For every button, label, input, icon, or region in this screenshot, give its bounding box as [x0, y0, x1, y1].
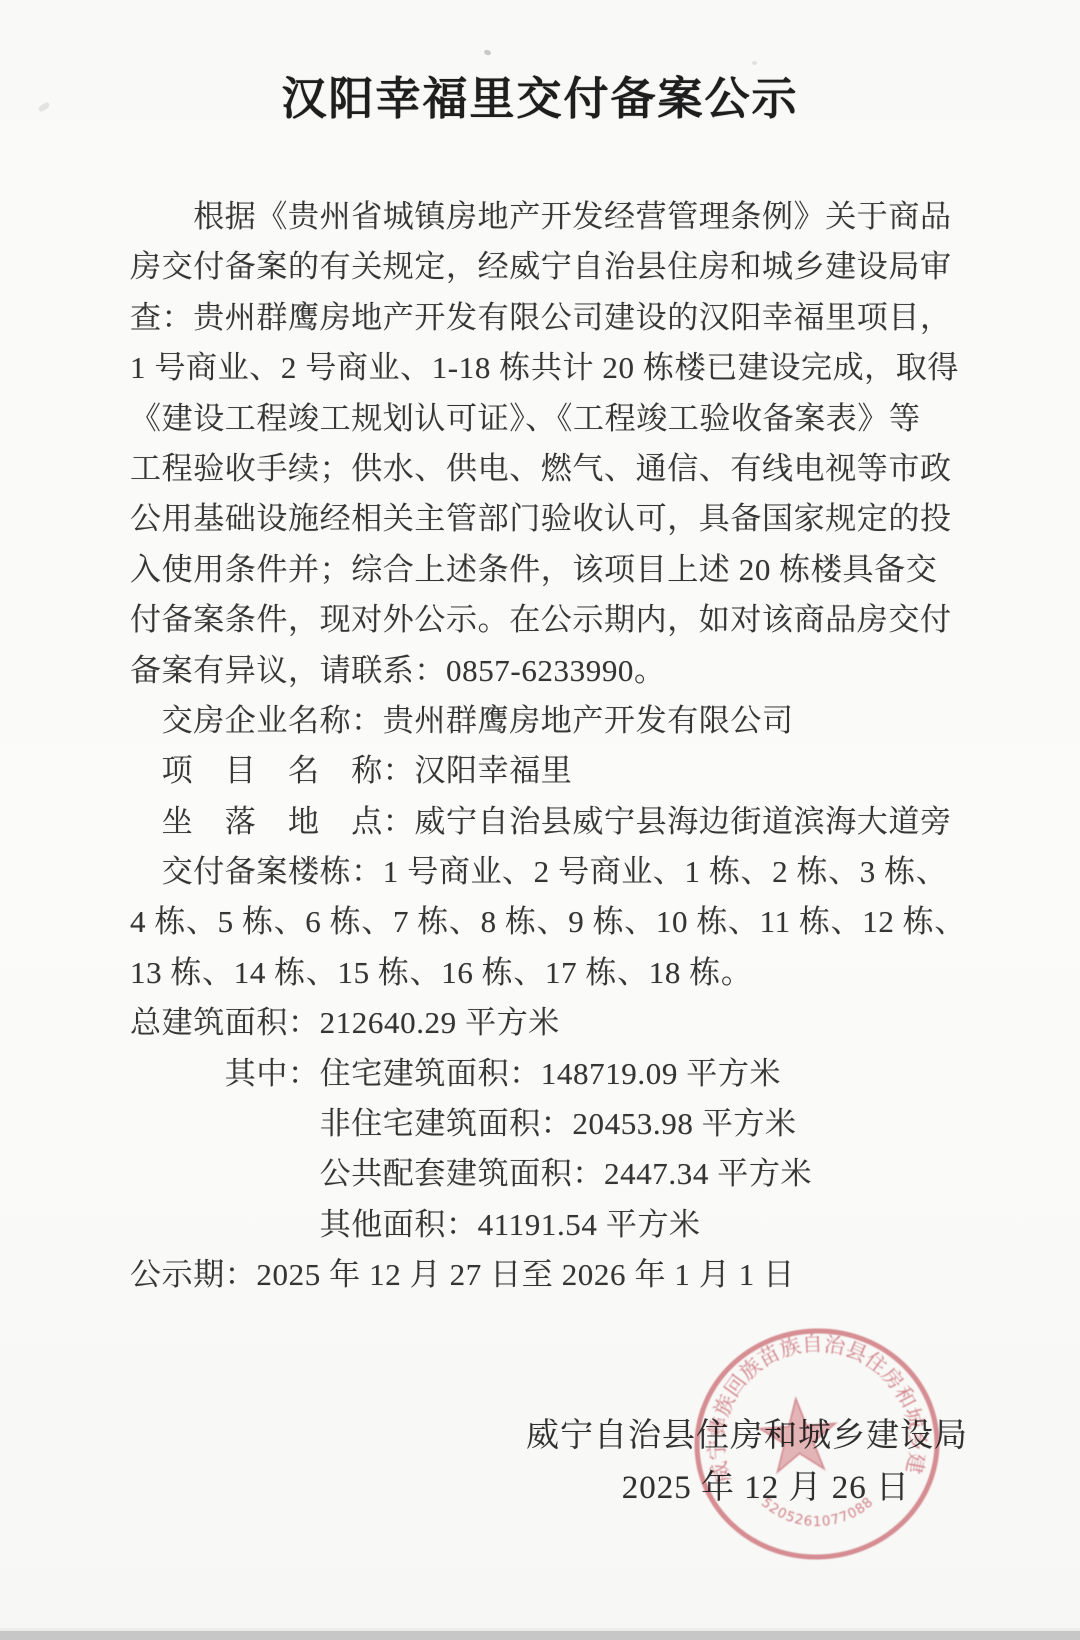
- seal-code: 5205261077088: [757, 1487, 878, 1534]
- body-text-line: 坐 落 地 点：威宁自治县威宁县海边街道滨海大道旁: [130, 797, 960, 847]
- body-text-line: 查：贵州群鹰房地产开发有限公司建设的汉阳幸福里项目，: [130, 293, 960, 343]
- official-red-seal: 威宁彝族回族苗族自治县住房和城乡建设局 5205261077088: [684, 1316, 950, 1573]
- body-text-line: 备案有异议，请联系：0857-6233990。: [130, 646, 960, 696]
- scan-speck-artifact: [483, 49, 491, 56]
- scan-edge-bar: [0, 1631, 1080, 1640]
- body-text-line: 其他面积：41191.54 平方米: [130, 1200, 960, 1250]
- body-text-line: 公用基础设施经相关主管部门验收认可，具备国家规定的投: [130, 494, 960, 544]
- body-text-line: 13 栋、14 栋、15 栋、16 栋、17 栋、18 栋。: [130, 948, 960, 998]
- body-text-line: 1 号商业、2 号商业、1-18 栋共计 20 栋楼已建设完成，取得: [130, 343, 960, 393]
- body-text-line: 付备案条件，现对外公示。在公示期内，如对该商品房交付: [130, 595, 960, 645]
- notice-document-page: 汉阳幸福里交付备案公示 根据《贵州省城镇房地产开发经营管理条例》关于商品房交付备…: [0, 0, 1080, 1640]
- body-text-line: 交付备案楼栋：1 号商业、2 号商业、1 栋、2 栋、3 栋、: [130, 847, 960, 897]
- seal-ring-text: 威宁彝族回族苗族自治县住房和城乡建设局: [697, 1324, 931, 1491]
- body-text-line: 交房企业名称：贵州群鹰房地产开发有限公司: [130, 696, 960, 746]
- seal-star-icon: [758, 1396, 839, 1473]
- body-text-line: 根据《贵州省城镇房地产开发经营管理条例》关于商品: [130, 192, 960, 242]
- body-text-line: 总建筑面积：212640.29 平方米: [130, 998, 960, 1048]
- body-text-line: 房交付备案的有关规定，经威宁自治县住房和城乡建设局审: [130, 242, 960, 292]
- body-text-line: 其中：住宅建筑面积：148719.09 平方米: [130, 1049, 960, 1099]
- body-text-line: 项 目 名 称：汉阳幸福里: [130, 746, 960, 796]
- body-text-line: 公共配套建筑面积：2447.34 平方米: [130, 1149, 960, 1199]
- body-text-line: 非住宅建筑面积：20453.98 平方米: [130, 1099, 960, 1149]
- notice-body: 根据《贵州省城镇房地产开发经营管理条例》关于商品房交付备案的有关规定，经威宁自治…: [130, 192, 960, 1301]
- body-text-line: 4 栋、5 栋、6 栋、7 栋、8 栋、9 栋、10 栋、11 栋、12 栋、: [130, 897, 960, 947]
- notice-title: 汉阳幸福里交付备案公示: [0, 62, 1080, 127]
- body-text-line: 工程验收手续；供水、供电、燃气、通信、有线电视等市政: [130, 444, 960, 494]
- body-text-line: 公示期：2025 年 12 月 27 日至 2026 年 1 月 1 日: [130, 1250, 960, 1300]
- body-text-line: 《建设工程竣工规划认可证》、《工程竣工验收备案表》等: [130, 394, 960, 444]
- body-text-line: 入使用条件并；综合上述条件，该项目上述 20 栋楼具备交: [130, 545, 960, 595]
